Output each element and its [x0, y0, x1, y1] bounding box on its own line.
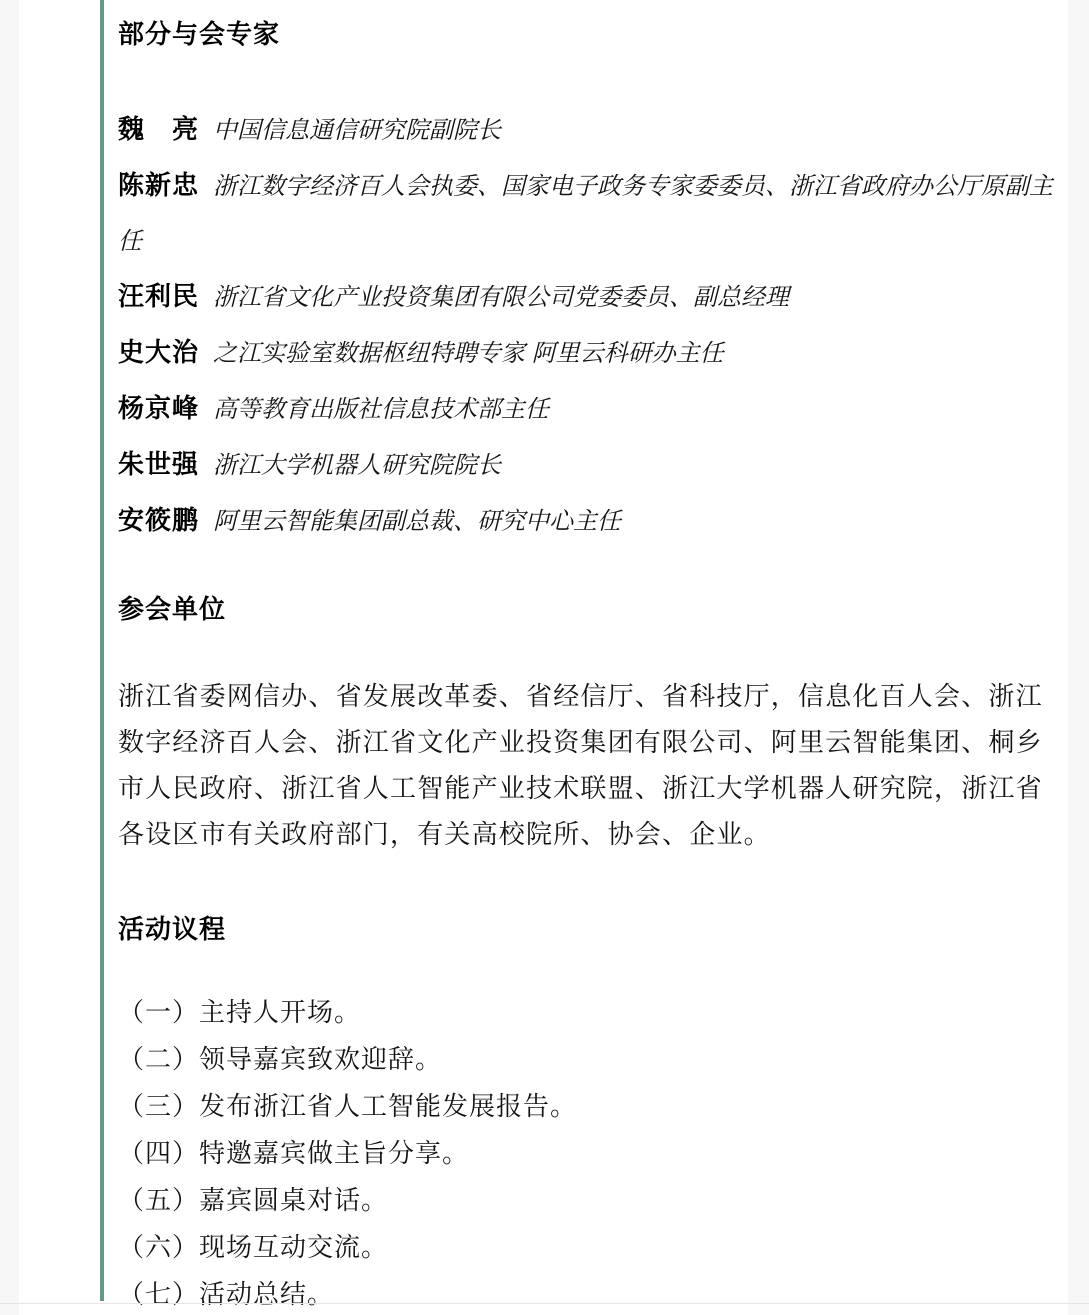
- expert-entry: 安筱鹏阿里云智能集团副总裁、研究中心主任: [118, 493, 1053, 549]
- expert-title: 之江实验室数据枢纽特聘专家 阿里云科研办主任: [213, 340, 724, 367]
- expert-title: 浙江省文化产业投资集团有限公司党委委员、副总经理: [213, 284, 789, 311]
- expert-entry: 朱世强浙江大学机器人研究院院长: [118, 437, 1053, 493]
- expert-entry: 陈新忠浙江数字经济百人会执委、国家电子政务专家委委员、浙江省政府办公厅原副主任: [118, 158, 1053, 269]
- expert-entry: 汪利民浙江省文化产业投资集团有限公司党委委员、副总经理: [118, 269, 1053, 325]
- agenda-item: （四）特邀嘉宾做主旨分享。: [118, 1130, 1053, 1177]
- expert-name: 杨京峰: [118, 393, 199, 423]
- expert-entry: 魏 亮中国信息通信研究院副院长: [118, 102, 1053, 158]
- agenda-item: （三）发布浙江省人工智能发展报告。: [118, 1083, 1053, 1130]
- expert-title: 浙江大学机器人研究院院长: [213, 452, 501, 479]
- page-gutter-left: [0, 0, 19, 1315]
- expert-name: 安筱鹏: [118, 505, 199, 535]
- organizations-paragraph: 浙江省委网信办、省发展改革委、省经信厅、省科技厅，信息化百人会、浙江 数字经济百…: [118, 673, 1053, 857]
- expert-name: 朱世强: [118, 449, 199, 479]
- expert-name: 陈新忠: [118, 170, 199, 200]
- agenda-item: （六）现场互动交流。: [118, 1224, 1053, 1271]
- agenda-item: （七）活动总结。: [118, 1271, 1053, 1315]
- expert-name: 汪利民: [118, 281, 199, 311]
- expert-entry: 史大治之江实验室数据枢纽特聘专家 阿里云科研办主任: [118, 325, 1053, 381]
- expert-title: 高等教育出版社信息技术部主任: [213, 396, 549, 423]
- agenda-item: （一）主持人开场。: [118, 989, 1053, 1036]
- expert-title: 阿里云智能集团副总裁、研究中心主任: [213, 508, 621, 535]
- section-accent-bar: [100, 0, 104, 1301]
- agenda-list: （一）主持人开场。 （二）领导嘉宾致欢迎辞。 （三）发布浙江省人工智能发展报告。…: [118, 989, 1053, 1315]
- agenda-item: （五）嘉宾圆桌对话。: [118, 1177, 1053, 1224]
- expert-title: 浙江数字经济百人会执委、国家电子政务专家委委员、浙江省政府办公厅原副主任: [118, 173, 1053, 255]
- agenda-item: （二）领导嘉宾致欢迎辞。: [118, 1036, 1053, 1083]
- article-page: 部分与会专家 魏 亮中国信息通信研究院副院长 陈新忠浙江数字经济百人会执委、国家…: [0, 0, 1089, 1315]
- bottom-divider: [0, 1303, 1089, 1304]
- expert-title: 中国信息通信研究院副院长: [213, 117, 501, 144]
- expert-name: 魏 亮: [118, 114, 199, 144]
- expert-entry: 杨京峰高等教育出版社信息技术部主任: [118, 381, 1053, 437]
- experts-list: 魏 亮中国信息通信研究院副院长 陈新忠浙江数字经济百人会执委、国家电子政务专家委…: [118, 102, 1053, 549]
- page-gutter-right: [1068, 0, 1089, 1315]
- experts-section-heading: 部分与会专家: [118, 16, 1053, 52]
- organizations-section-heading: 参会单位: [118, 591, 1053, 627]
- agenda-section-heading: 活动议程: [118, 911, 1053, 947]
- expert-name: 史大治: [118, 337, 199, 367]
- article-content: 部分与会专家 魏 亮中国信息通信研究院副院长 陈新忠浙江数字经济百人会执委、国家…: [118, 0, 1053, 1315]
